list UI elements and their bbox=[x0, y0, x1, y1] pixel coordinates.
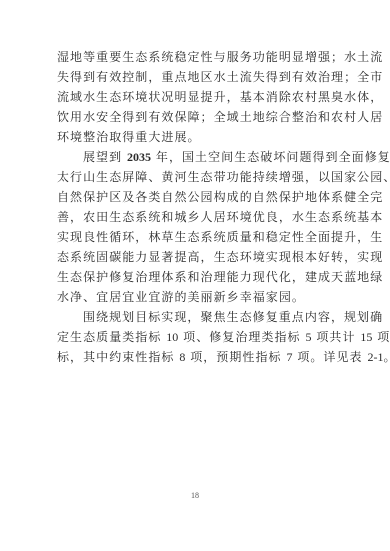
text-line: 善，农田生态系统和城乡人居环境优良，水生态系统基本 bbox=[57, 207, 333, 227]
number: 10 bbox=[166, 330, 178, 344]
text-fragment: 定生态质量类指标 bbox=[57, 330, 161, 344]
text-line: 实现良性循环，林草生态系统质量和稳定性全面提升，生 bbox=[57, 227, 333, 247]
text-line: 态系统固碳能力显著提高，生态环境实现根本好转，实现 bbox=[57, 247, 333, 267]
text-fragment: 。 bbox=[383, 350, 390, 364]
text-line: 湿地等重要生态系统稳定性与服务功能明显增强；水土流 bbox=[57, 47, 333, 67]
table-reference: 2-1 bbox=[367, 350, 383, 364]
paragraph-3-first-line: 围绕规划目标实现，聚焦生态修复重点内容，规划确 bbox=[57, 307, 333, 327]
text-line: 太行山生态屏障、黄河生态带功能持续增强，以国家公园、 bbox=[57, 167, 333, 187]
number: 15 bbox=[360, 330, 372, 344]
text-line: 生态保护修复治理体系和治理能力现代化，建成天蓝地绿 bbox=[57, 267, 333, 287]
text-line: 环境整治取得重大进展。 bbox=[57, 127, 333, 147]
text-line: 自然保护区及各类自然公园构成的自然保护地体系健全完 bbox=[57, 187, 333, 207]
number: 8 bbox=[179, 350, 185, 364]
number: 5 bbox=[305, 330, 311, 344]
text-line: 水净、宜居宜业宜游的美丽新乡幸福家园。 bbox=[57, 287, 333, 307]
text-fragment: 标，其中约束性指标 bbox=[57, 350, 174, 364]
paragraph-3-line-2: 定生态质量类指标 10 项、修复治理类指标 5 项共计 15 项指 bbox=[57, 327, 333, 347]
text-fragment: 项，预期性指标 bbox=[190, 350, 281, 364]
document-page: 湿地等重要生态系统稳定性与服务功能明显增强；水土流 失得到有效控制，重点地区水土… bbox=[0, 0, 390, 551]
paragraph-2-first-line: 展望到 2035 年，国土空间生态破坏问题得到全面修复， bbox=[57, 147, 333, 167]
text-fragment: 项指 bbox=[377, 330, 390, 344]
text-line: 饮用水安全得到有效保障；全域土地综合整治和农村人居 bbox=[57, 107, 333, 127]
number: 7 bbox=[286, 350, 292, 364]
page-number: 18 bbox=[0, 491, 390, 500]
body-text: 湿地等重要生态系统稳定性与服务功能明显增强；水土流 失得到有效控制，重点地区水土… bbox=[57, 47, 333, 367]
text-fragment: 项共计 bbox=[316, 330, 355, 344]
text-fragment: 项。详见表 bbox=[297, 350, 362, 364]
lead-text: 展望到 bbox=[83, 150, 122, 164]
year-2035: 2035 bbox=[127, 150, 151, 164]
first-line-rest: 年，国土空间生态破坏问题得到全面修复， bbox=[156, 150, 390, 164]
text-fragment: 项、修复治理类指标 bbox=[183, 330, 300, 344]
text-line: 流域水生态环境状况明显提升，基本消除农村黑臭水体， bbox=[57, 87, 333, 107]
text-line: 失得到有效控制，重点地区水土流失得到有效治理；全市 bbox=[57, 67, 333, 87]
paragraph-3-line-3: 标，其中约束性指标 8 项，预期性指标 7 项。详见表 2-1。 bbox=[57, 347, 333, 367]
